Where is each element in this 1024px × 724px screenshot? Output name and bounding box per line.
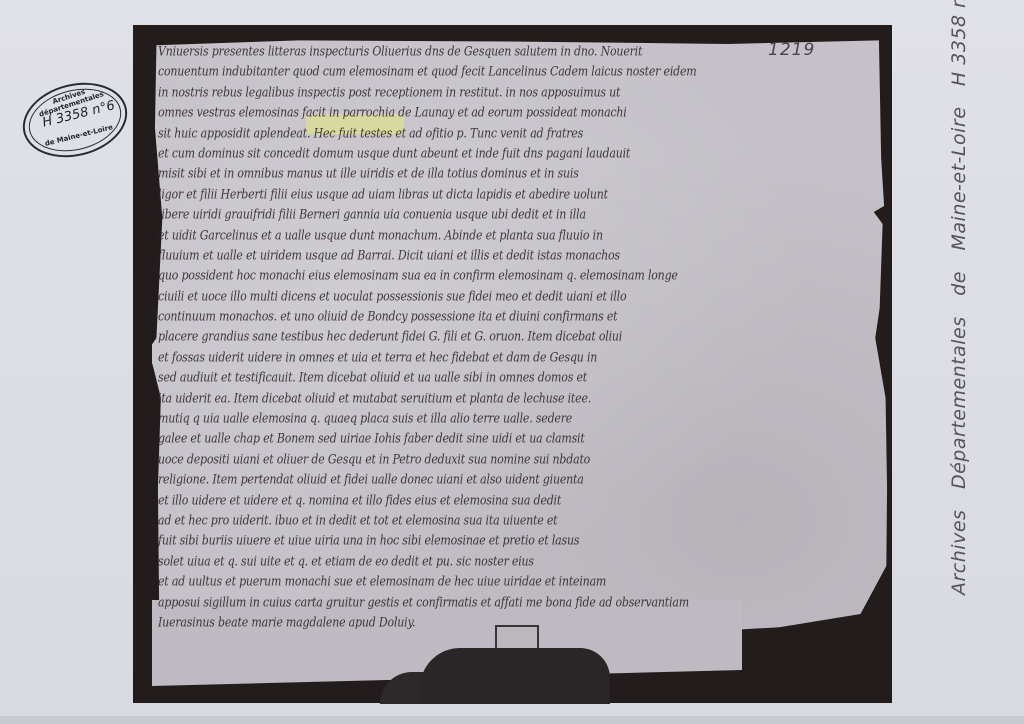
side-word: de bbox=[948, 271, 970, 296]
sheet-bottom-edge bbox=[0, 716, 1024, 724]
cloth-weight bbox=[420, 648, 610, 704]
charter-text: Vniuersis presentes litteras inspecturis… bbox=[158, 42, 878, 633]
side-word: Départementales bbox=[948, 316, 970, 489]
charter-line: Iuerasinus beate marie magdalene apud Do… bbox=[158, 611, 878, 634]
side-word: Maine-et-Loire bbox=[948, 107, 970, 251]
side-reference: H 3358 n°6 bbox=[948, 0, 970, 86]
side-word: Archives bbox=[948, 510, 970, 595]
archive-side-annotation: Archives Départementales de Maine-et-Loi… bbox=[948, 0, 970, 595]
